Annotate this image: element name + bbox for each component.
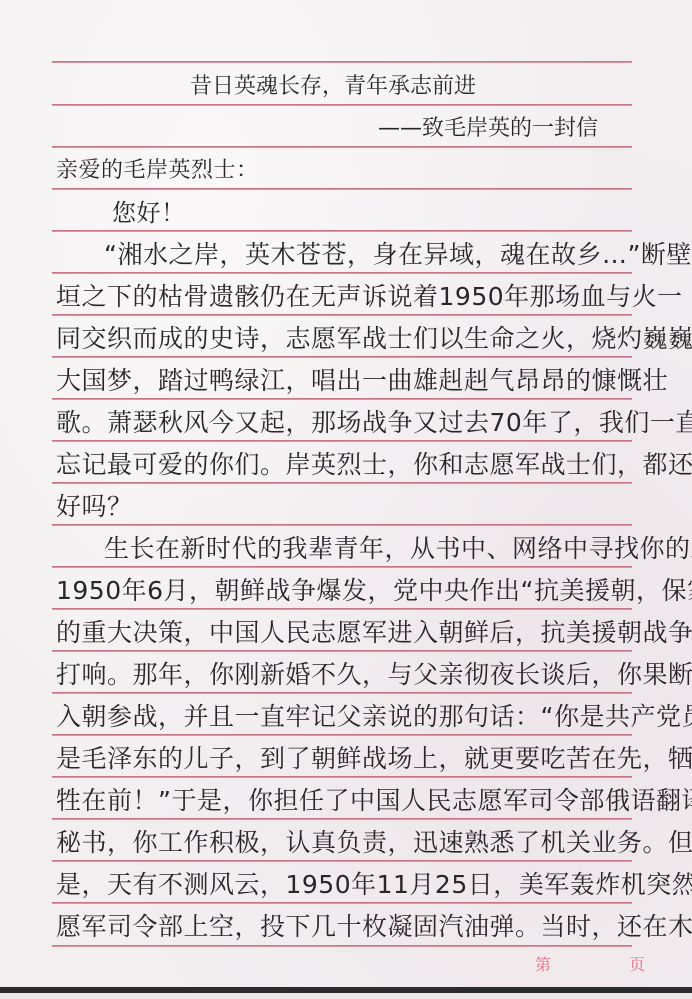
greeting: 您好！: [112, 194, 690, 234]
letter-title: 昔日英魂长存，青年承志前进: [190, 68, 692, 108]
body-line: 打响。那年，你刚新婚不久，与父亲彻夜长谈后，你果断请求: [56, 656, 634, 696]
body-line: 是毛泽东的儿子，到了朝鲜战场上，就更要吃苦在先，牺: [56, 740, 634, 780]
body-line: 1950年6月，朝鲜战争爆发，党中央作出“抗美援朝，保家为国”: [56, 572, 634, 612]
body-line: 是，天有不测风云，1950年11月25日，美军轰炸机突然飞临志: [56, 866, 634, 906]
body-line: “湘水之岸，英木苍苍，身在异域，魂在故乡…”断壁残: [56, 236, 634, 276]
body-line: 垣之下的枯骨遗骸仍在无声诉说着1950年那场血与火一: [56, 278, 634, 318]
body-line: 同交织而成的史诗，志愿军战士们以生命之火，烧灼巍巍: [56, 320, 634, 360]
letter-subtitle: ——致毛岸英的一封信: [378, 110, 692, 150]
body-line: 大国梦，踏过鸭绿江，唱出一曲雄赳赳气昂昂的慷慨壮: [56, 362, 634, 402]
body-line: 忘记最可爱的你们。岸英烈士，你和志愿军战士们，都还: [56, 446, 634, 486]
body-line: 的重大决策，中国人民志愿军进入朝鲜后，抗美援朝战争迅速: [56, 614, 634, 654]
body-line: 歌。萧瑟秋风今又起，那场战争又过去70年了，我们一直没有: [56, 404, 634, 444]
ruled-line: [52, 61, 632, 63]
body-line: 好吗？: [56, 488, 634, 528]
page-prefix: 第: [535, 952, 551, 975]
body-line: 秘书，你工作积极，认真负责，迅速熟悉了机关业务。但: [56, 824, 634, 864]
page-number-footer: 第 页: [535, 952, 645, 975]
body-line: 愿军司令部上空，投下几十枚凝固汽油弹。当时，还在木板房: [56, 908, 634, 948]
letter-paper: 昔日英魂长存，青年承志前进 ——致毛岸英的一封信 亲爱的毛岸英烈士： 您好！ “…: [0, 0, 692, 993]
body-line: 生长在新时代的我辈青年，从书中、网络中寻找你的踪迹。: [56, 530, 634, 570]
body-line: 入朝参战，并且一直牢记父亲说的那句话：“你是共产党员又: [56, 698, 634, 738]
salutation: 亲爱的毛岸英烈士：: [56, 152, 634, 192]
body-line: 牲在前！”于是，你担任了中国人民志愿军司令部俄语翻译和: [56, 782, 634, 822]
page-suffix: 页: [629, 952, 645, 975]
